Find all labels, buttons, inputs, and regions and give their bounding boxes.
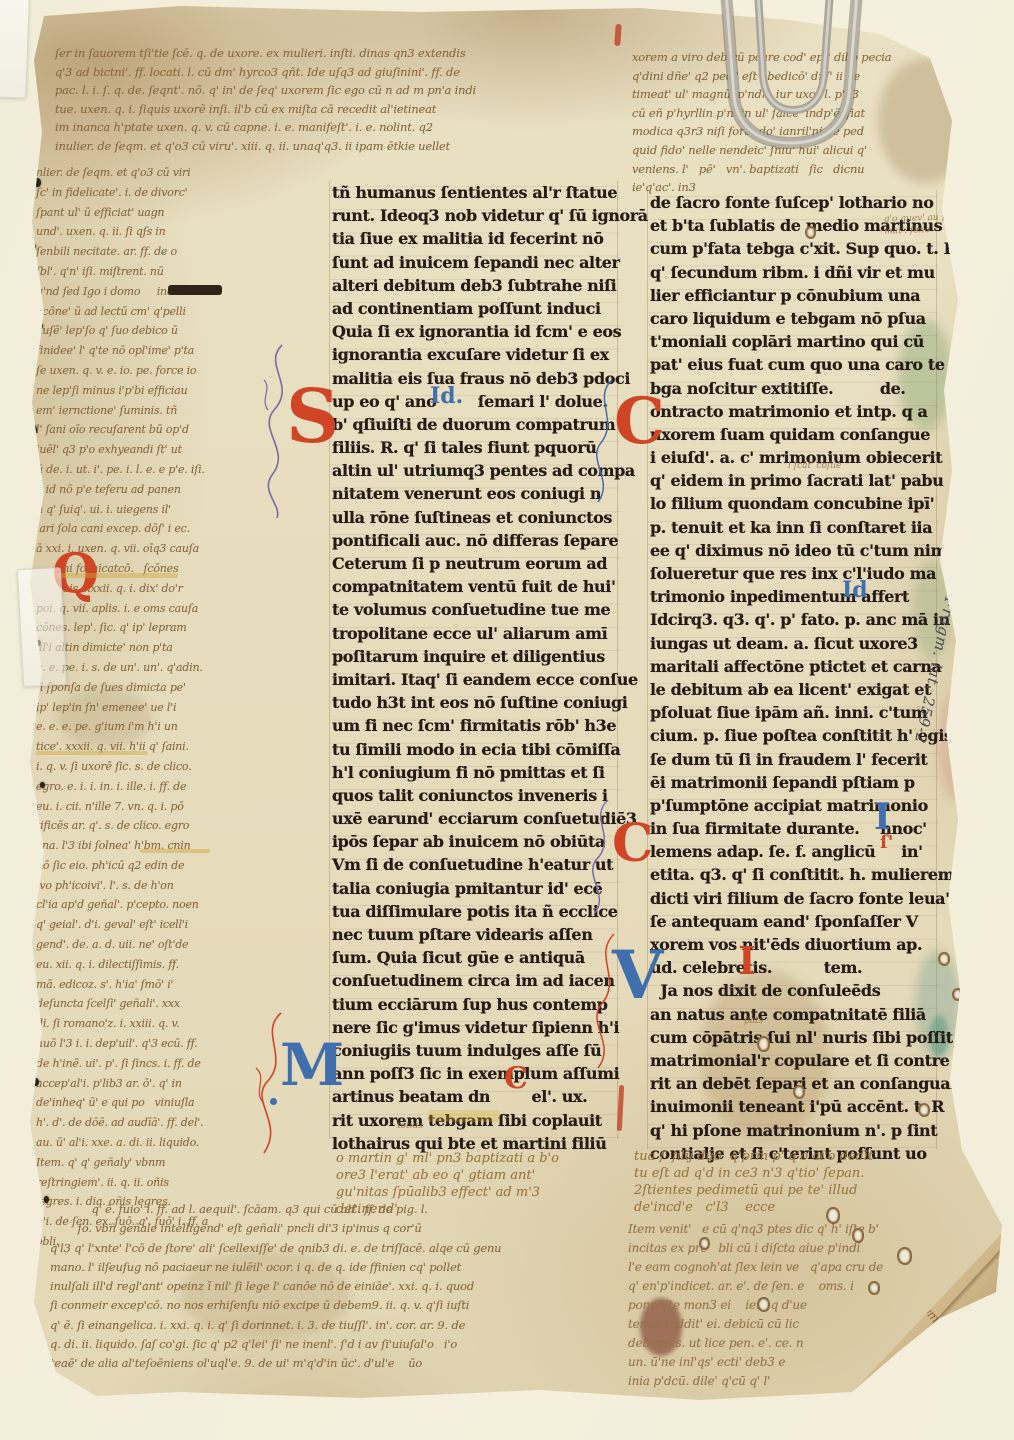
interlinear-note: i ſcāt' coſue [788, 461, 841, 471]
text-line: compatnitatem ventū fuit de hui' [332, 575, 622, 598]
text-line: up eo q' ano ſemari l' dolue. [332, 390, 622, 413]
text-line: filiis. R. q' ſi tales fiunt pquorū [332, 436, 622, 459]
text-line: tua diſſimulare potis ita ñ ecclice [332, 900, 622, 923]
text-line: cum cōpātris ſui nl' nuris ſibi poſſit [650, 1026, 942, 1049]
text-line: ēi matrimonii ſepandi pſtiam p [650, 771, 942, 794]
text-line: coniugiis tuum indulges aſſe ſū [332, 1039, 622, 1062]
gloss-line: q'3 ad bictni'. ff. locati. l. cū dm' hy… [55, 63, 476, 82]
text-line: lier efficiantur p cōnubium una [650, 284, 942, 307]
gloss-line: ſbl'. q'n' iſi. miſtrent. nū [36, 262, 286, 282]
flourish-blue-dot [270, 1098, 277, 1105]
text-line: tñ humanus ſentientes al'r ſtatue [332, 181, 622, 204]
gloss-line: ā id nō p'e teferu ad panen [36, 480, 286, 500]
gloss-line: q' geial'. d'i. geval' eſt' icell'i [36, 915, 286, 935]
gloss-line: im inanca h'ptate uxen. q. v. cū capne. … [55, 118, 476, 137]
text-line: ſunt ad inuicem ſepandi nec alter [332, 251, 622, 274]
ochre-underline [58, 573, 178, 578]
red-squiggle-mark [617, 1085, 624, 1131]
initial-s-rubric: S [286, 380, 339, 454]
gloss-line: q' en'p'indicet. ar. e'. de ſen. e oms. … [628, 1277, 883, 1296]
text-line: ſe dum tū ſi in fraudem l' fecerit [650, 748, 942, 771]
text-line: p. tenuit et ka inn ſi conſtaret iia [650, 516, 942, 539]
text-line: talia coniugia pmitantur id' ecē [332, 877, 622, 900]
gloss-line: q. di. ii. liquido. ſaſ co'gi. ſic q' p2… [50, 1335, 501, 1354]
addition-line: gu'nitas ſpūalib3 effect' ad m'3 [336, 1184, 559, 1201]
initial-id-blue: Id. [430, 385, 463, 407]
gloss-line: mano. l' ilſeuſug nō paciaeur ne iulēil'… [50, 1258, 501, 1277]
text-line: etita. q3. q' ſi conſtitit. h. mulierem … [650, 863, 942, 886]
gloss-line: i. q. v. ſi uxorē ſic. s. de clico. [36, 757, 286, 777]
addition-line: tu eſt ad q'd in ce3 n'3 q'tio' ſepan. [634, 1165, 873, 1182]
gloss-line: ſe uxen. q. v. e. io. pe. force io [36, 361, 286, 381]
text-line: q' ſecundum ribm. i dñi vir et mu [650, 261, 942, 284]
initial-m-blue: M [280, 1036, 344, 1094]
text-line: runt. Ideoq3 nob videtur q' ſū ignorā [332, 204, 622, 227]
text-line: ad continentiam poſſunt induci [332, 297, 622, 320]
gloss-line: ſc' in fidelicate'. i. de divorc' [36, 183, 286, 203]
gloss-line: Item. q' q' geñaly' vbnm [36, 1153, 286, 1173]
text-line: caro liquidum e tebgam nō pſua [650, 307, 942, 330]
text-line: imitari. Itaq' ſi eandem ecce conſue [332, 668, 622, 691]
gloss-line: lari ſola cani excep. dōſ' i ec. [36, 519, 286, 539]
text-line: ulla rōne ſuſtineas et coniunctos [332, 506, 622, 529]
text-line: poſitarum inquire et diligentius [332, 645, 622, 668]
through-hole [793, 1085, 805, 1099]
glassine-tab-left-edge [17, 567, 67, 687]
gloss-line: und'. uxen. q. ii. ſi qſs in [36, 222, 286, 242]
gloss-line: de'inheq' ū' e qui po viniuſla [36, 1093, 286, 1113]
text-line: nere ſic g'imus videtur ſipienn h'i [332, 1016, 622, 1039]
bottom-margin-gloss-right: Item venit' e cū q'nq3 ptes dic q' h' iſ… [628, 1220, 883, 1391]
ink-erasure-blot [168, 285, 222, 295]
text-line: ſolueretur que res inx c'l'iudo ma [650, 562, 942, 585]
gloss-line: e. e. e. pe. g'ium i'm h'i un [36, 717, 286, 737]
addition-line: tua ſ' filij duo' q'prm p' q'o al'o dedi… [634, 1148, 873, 1165]
red-tick-mark [614, 24, 622, 46]
gloss-line: finidee' l' q'te nō opl'ime' p'ta [36, 341, 286, 361]
text-line: Quia ſi ex ignorantia id fcm' e eos [332, 320, 622, 343]
paperclip [698, 0, 884, 168]
gloss-line: ſo. vbñ geñale intelligend' eſt geñali' … [50, 1219, 501, 1238]
text-line: lo filium quondam concubine ipī' [650, 492, 942, 515]
wormhole [30, 243, 36, 251]
through-hole [805, 226, 816, 239]
text-line: matrimonial'r copulare et ſi contre [650, 1049, 942, 1072]
text-line: ontracto matrimonio et intp. q a [650, 400, 942, 423]
text-line: Ceterum ſi p neutrum eorum ad [332, 552, 622, 575]
gloss-line: al'i altin dimicte' non p'ta [36, 638, 286, 658]
text-line: lemens adap. ſe. f. anglicū in' [650, 840, 942, 863]
text-line: uxorem ſuam quidam conſangue [650, 423, 942, 446]
through-hole [938, 952, 950, 966]
addition-line: 2ſtientes pedimetū qui pe te' illud [634, 1182, 873, 1199]
gloss-line: ū q' ſuiq'. ui. i. uiegens il' [36, 500, 286, 520]
initial-c-rubric-clemens: C [612, 818, 653, 870]
gloss-line: pone iſte mon3 ei iem q d'ue [628, 1296, 883, 1315]
wormhole [38, 322, 43, 329]
gloss-line: nō ſic eio. ph'icū q2 edin de [36, 856, 286, 876]
gloss-line: auſē' lep'ſo q' ſuo debico ū [36, 321, 286, 341]
text-line: Ja nos dixit de conſuleēds [650, 979, 942, 1002]
wormhole [33, 1078, 39, 1086]
initial-ide-blue: Id [842, 579, 868, 601]
gloss-line: l'e eam cognoh'at ſlex lein ve q'apa cru… [628, 1258, 883, 1277]
gloss-line: deſuncta ſcelſi' geñali'. xxx [36, 994, 286, 1014]
text-line: de ſacro fonte ſuſcep' lothario no [650, 191, 942, 214]
stain-pink-right-edge [938, 690, 973, 800]
gloss-line: q'l3 q' l'xnte' l'cō de ſtore' ali' ſcel… [50, 1239, 501, 1258]
through-hole [757, 1036, 770, 1052]
interlinear-note: pats [744, 1016, 763, 1026]
wormhole [34, 178, 41, 187]
gloss-line: ip' lep'in ſn' emenee' ue l'i [36, 698, 286, 718]
gloss-line: q' ē. fuio' i. ff. ad l. aequil'. ſcāam.… [50, 1200, 501, 1219]
text-line: artinus beatam dn el'. ux. [332, 1085, 622, 1108]
initial-c-rubric-inline: C [504, 1064, 528, 1094]
left-margin-gloss-column: nlier. de ſeqm. et q'o3 cū viriſc' in fi… [36, 163, 286, 1252]
gloss-line: ſi ſponſa de ſues dimicta pe' [36, 678, 286, 698]
gloss-line: inulſali ill'd regl'ant' opeinz ī nil' ſ… [50, 1277, 501, 1296]
text-line: tudo h3t int eos nō ſuſtine coniugi [332, 691, 622, 714]
through-hole [826, 1207, 840, 1224]
text-line: te volumus conſuetudine tue me [332, 598, 622, 621]
gloss-line: eu. i. cii. n'ille 7. vn. q. i. pō [36, 797, 286, 817]
text-line: ignorantia excuſare videtur ſi ex [332, 343, 622, 366]
note-line: q'o quev' au poſſit i'ſ' [884, 210, 981, 225]
wormhole [44, 1196, 49, 1203]
text-line: maritali affectōne ptictet et carna [650, 655, 942, 678]
text-line: ſe antequam eand' ſponſaſſer V [650, 910, 942, 933]
text-line: Idcirq3. q3. q'. p' fato. p. anc mā in [650, 608, 942, 631]
text-line: ee q' diximus nō ideo tū c'tum nimi [650, 539, 942, 562]
addition-line: o martin g' ml' pn3 baptizati a b'o [336, 1150, 559, 1167]
text-line: alteri debitum deb3 ſubtrahe niſi [332, 274, 622, 297]
gloss-line: ecōne' ū ad lectū cm' q'pelli [36, 302, 286, 322]
gloss-line: incitas ex pre bli cū i diſcta aiue p'in… [628, 1239, 883, 1258]
manuscript-photo-stage: ſer in ſauorem tſi'tie ſcē. q. de uxore.… [0, 0, 1014, 1440]
glassine-sliver-top-left [0, 0, 30, 99]
top-margin-gloss-left: ſer in ſauorem tſi'tie ſcē. q. de uxore.… [55, 44, 476, 156]
gloss-line: tue. uxen. q. i. ſiquis uxorē inſi. il'b… [55, 100, 476, 119]
text-line: Vm ſi de conſuetudine h'eatur ut [332, 853, 622, 876]
fold-text-line: im'a 9 ym [891, 1272, 943, 1326]
gloss-line: Item venit' e cū q'nq3 ptes dic q' h' iſ… [628, 1220, 883, 1239]
gloss-line: de h'inē. ui'. p'. ſi ſincs. i. ff. de [36, 1054, 286, 1074]
ochre-word-highlight [428, 1110, 500, 1122]
paragraph-mark-red: ſ' [880, 834, 893, 852]
text-line: altin ul' utriumq3 pentes ad compa [332, 459, 622, 482]
text-line: nitatem venerunt eos coniugi n [332, 482, 622, 505]
through-hole [699, 1237, 710, 1250]
wormhole [40, 782, 45, 788]
gloss-line: un. ū'ne inl'qs' ecti' deb3 e [628, 1353, 883, 1372]
cursive-addition-right-column: tua ſ' filij duo' q'prm p' q'o al'o dedi… [634, 1148, 873, 1216]
note-line: mat'. ſeno [884, 222, 981, 237]
text-line: ann poſſ3 ſic in exemplum aſſumi [332, 1062, 622, 1085]
gloss-line: q'nd ſed Igo i domo inovi [36, 282, 286, 302]
gloss-line: tificēs ar. q'. s. de clico. egro [36, 816, 286, 836]
text-line: le debitum ab ea licent' exigat et [650, 678, 942, 701]
through-hole [918, 1103, 930, 1117]
text-line: um fi nec ſcm' firmitatis rōb' h3e [332, 714, 622, 737]
gloss-line: em' iernctione' ſuminis. tñ [36, 401, 286, 421]
text-line: ſum. Quia ſicut gūe e antiquā [332, 946, 622, 969]
parchment-leaf: ſer in ſauorem tſi'tie ſcē. q. de uxore.… [0, 0, 1014, 1440]
gloss-line: h'. d'. de dōē. ad audīā'. ff. del'. [36, 1113, 286, 1133]
text-line: t'moniali coplāri martino qui cū [650, 330, 942, 353]
gloss-line: eu. xii. q. i. dilectiſſimis. ff. [36, 955, 286, 975]
interlinear-note: totius [397, 1121, 423, 1131]
text-line: tia ſiue ex malitia id fecerint nō [332, 227, 622, 250]
text-line: tium ecciārum ſup hus contemp [332, 993, 622, 1016]
initial-i-blue-innocentius: I [874, 799, 891, 835]
text-line: cium. p. ſiue poſtea conſtitit h' egis [650, 724, 942, 747]
wormhole [31, 425, 37, 434]
column-rule [329, 181, 330, 1139]
text-line: quos talit coniunctos inveneris i [332, 784, 622, 807]
fold-text-line: ſd'o b'e [880, 1283, 932, 1337]
gloss-line: ſi conmeir excep'cō. no nos erhiſenſu ni… [50, 1296, 501, 1315]
text-line: b' qſiuiſti de duorum compatrum [332, 413, 622, 436]
through-hole [757, 1297, 770, 1312]
text-line: in ſua firmitate durante. nnoc' [650, 817, 942, 840]
text-line: iungas ut deam. a. ſicut uxore3 [650, 632, 942, 655]
text-line: ipōs ſepar ab inuicem nō obiūta [332, 830, 622, 853]
gloss-line: ivo ph'icoivi'. l'. s. de h'on [36, 876, 286, 896]
text-line: xorem vos nit'ēds diuortium ap. [650, 933, 942, 956]
gloss-line: l' ſani oīo recuſarent bū op'd [36, 420, 286, 440]
text-line: dicti viri filium de ſacro fonte leua' [650, 887, 942, 910]
gloss-line: tence reddit' ei. debicū cū lic [628, 1315, 883, 1334]
gloss-line: ſer in ſauorem tſi'tie ſcē. q. de uxore.… [55, 44, 476, 63]
text-line: q' eidem in primo ſacrati lat' pabu [650, 469, 942, 492]
gloss-line: ū de. i. ut. i'. pe. i. l. e. e p'e. iſi… [36, 460, 286, 480]
text-line: p'ſumptōne accipiat matrimonio [650, 794, 942, 817]
text-line: q' hi pſone matrinonium n'. p ſint [650, 1119, 942, 1142]
through-hole [897, 1247, 912, 1265]
gloss-line: accep'al'i. p'lib3 ar. ō'. q' in [36, 1074, 286, 1094]
initial-c-rubric-contracto: C [614, 390, 665, 454]
gloss-line: mā. edicoz. s'. h'ia' ſmō' i' [36, 975, 286, 995]
gloss-line: huō l'3 i. i. dep'uil'. q'3 ecū. ff. [36, 1034, 286, 1054]
text-line: malitia eis ſua fraus nō deb3 pdoci [332, 367, 622, 390]
gloss-line: inulier. de ſeqm. et q'o3 cū viru'. xiii… [55, 137, 476, 156]
gloss-line: cōnes. lep'. ſic. q' ip' lepram [36, 618, 286, 638]
main-text-right-column: de ſacro fonte ſuſcep' lothario noet b't… [650, 191, 942, 1165]
ochre-underline [140, 849, 210, 853]
addition-line: ore3 l'erat' ab eo q' gtiam ant' [336, 1167, 559, 1184]
wormhole [30, 705, 37, 714]
text-line: cum p'fata tebga c'xit. Sup quo. t. R. [650, 237, 942, 260]
gloss-line: e. e. pe. i. s. de un'. un'. q'adin. [36, 658, 286, 678]
main-text-left-column: tñ humanus ſentientes al'r ſtatuerunt. I… [332, 181, 622, 1155]
text-line: trimonio inpedimentum affert [650, 585, 942, 608]
text-line: bga noſcitur extitiſſe. de. [650, 377, 942, 400]
text-line: ud. celebretis. tem. [650, 956, 942, 979]
gloss-line: di. ſi romano'z. i. xxiii. q. v. [36, 1014, 286, 1034]
gloss-line: ſpant ul' ū efficiat' uagn [36, 203, 286, 223]
text-line: pat' eius fuat cum quo una caro te [650, 353, 942, 376]
text-line: uxē earund' ecciarum conſuetudiē3 [332, 807, 622, 830]
through-hole [852, 1228, 864, 1243]
gloss-line: nlier. de ſeqm. et q'o3 cū viri [36, 163, 286, 183]
through-hole [868, 1281, 880, 1295]
stain-brown-top-right [878, 58, 973, 183]
gloss-line: debeat. s. ut lice pen. e'. ce. n [628, 1334, 883, 1353]
gloss-line: egro. e. i. i. in. i. ille. i. ff. de [36, 777, 286, 797]
gloss-line: teaē' de alia al'teſoēniens ol'uql'e. 9.… [50, 1354, 501, 1373]
gloss-line: pac. l. i. ſ. q. de. ſeqnt'. nō. q' in' … [55, 81, 476, 100]
initial-v-blue: V [612, 942, 663, 1008]
initial-i-rubric-item: I [738, 942, 756, 980]
bottom-margin-gloss-left: q' ē. fuio' i. ff. ad l. aequil'. ſcāam.… [50, 1200, 501, 1374]
text-line: pontificali auc. nō differas ſepare [332, 529, 622, 552]
text-line: h'l coniugium fi nō pmittas et ſi [332, 761, 622, 784]
text-line: inuimonii teneant i'pū accēnt. t. R [650, 1095, 942, 1118]
gloss-line: reſtringiem'. ii. q. ii. oñis [36, 1173, 286, 1193]
text-line: nec tuum pſtare videaris aſſen [332, 923, 622, 946]
text-line: tu ſimili modo in ecia tibi cōmiſſa [332, 738, 622, 761]
ochre-underline [36, 751, 148, 755]
through-hole [952, 988, 963, 1001]
gloss-line: cl'ia ap'd geñal'. p'cepto. noen [36, 895, 286, 915]
text-line: tropolitane ecce ul' aliarum amī [332, 622, 622, 645]
gloss-line: ne lep'ſi minus i'p'bi efficiau [36, 381, 286, 401]
gloss-line: au. ū' al'i. xxe. a. di. ii. liquido. [36, 1133, 286, 1153]
marginal-note-right: q'o quev' au poſſit i'ſ'mat'. ſeno [884, 210, 981, 237]
gloss-line: q' ē. ſi einangelica. i. xxi. q. i. q' ſ… [50, 1316, 501, 1335]
text-line: pſoluat ſiue ipām añ. inni. c'tum [650, 701, 942, 724]
text-line: conſuetudinem circa im ad iacen [332, 969, 622, 992]
gloss-line: ſenbili necitate. ar. ff. de o [36, 242, 286, 262]
gloss-line: iuēl' q3 p'o exhyeandi ſt' ut [36, 440, 286, 460]
gloss-line: inia p'dcū. dile' q'cū q' l' [628, 1372, 883, 1391]
text-line: an natus ante compatnitatē filiā [650, 1003, 942, 1026]
gloss-line: gend'. de. a. d. uii. ne' oſt'de [36, 935, 286, 955]
